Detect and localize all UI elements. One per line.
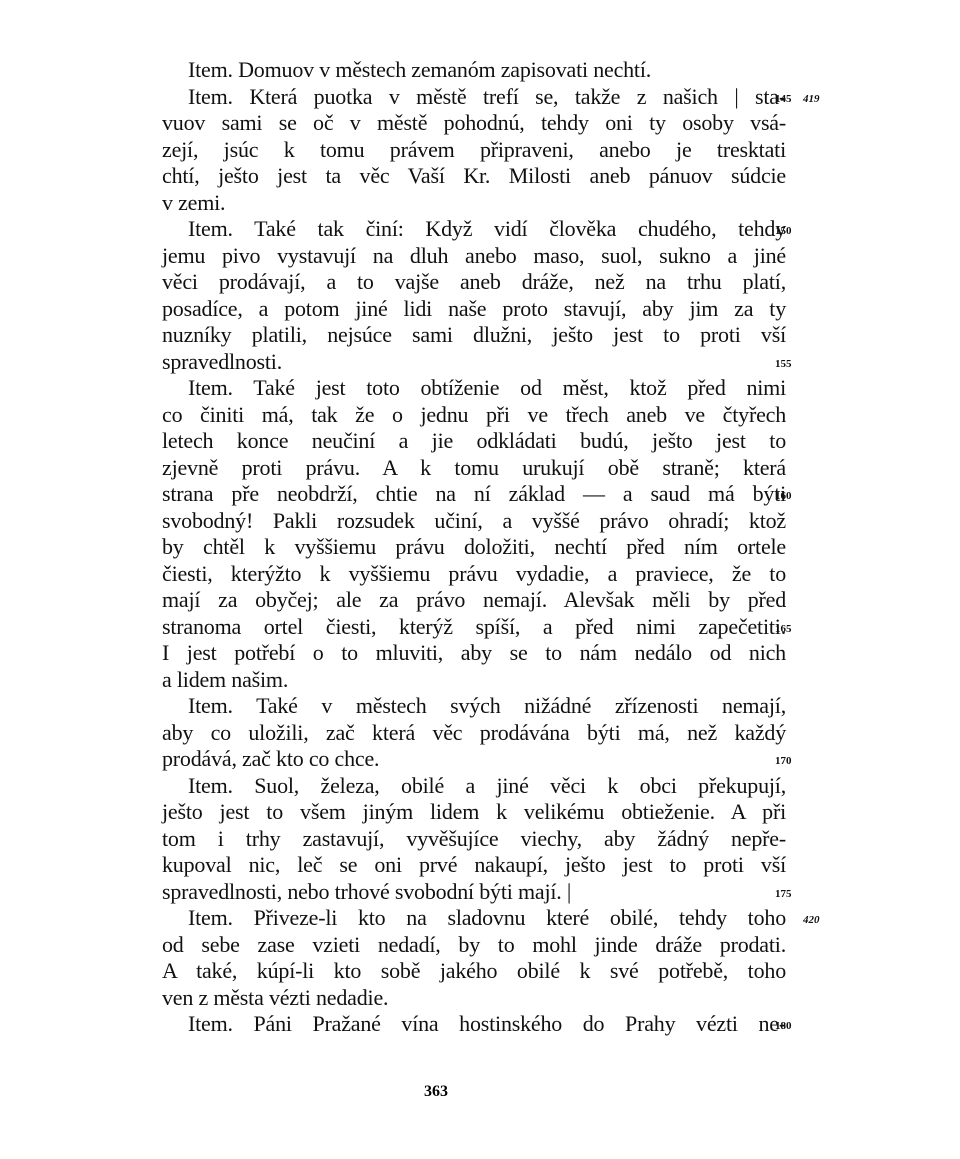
text-line: strana pře neobdrží, chtie na ní základ … — [162, 481, 786, 507]
text-line: Item. Také tak činí: Když vidí člověka c… — [188, 216, 786, 242]
line-number: 155 — [775, 351, 792, 377]
text-line: Item. Domuov v městech zemanóm zapisovat… — [188, 57, 786, 83]
text-line: aby co uložili, zač která věc prodávána … — [162, 720, 786, 746]
line-number: 145 — [775, 86, 792, 112]
text-line: čiesti, kterýžto k vyššiemu právu vydadi… — [162, 561, 786, 587]
line-number: 165 — [775, 616, 792, 642]
text-line: Item. Páni Pražané vína hostinského do P… — [188, 1011, 786, 1037]
line-number: 170 — [775, 748, 792, 774]
text-line: vuov sami se oč v městě pohodnú, tehdy o… — [162, 110, 786, 136]
text-line: stranoma ortel čiesti, kterýž spíší, a p… — [162, 614, 786, 640]
text-line: posadíce, a potom jiné lidi naše proto s… — [162, 296, 786, 322]
text-line: zejí, jsúc k tomu právem připraveni, ane… — [162, 137, 786, 163]
document-page: Item. Domuov v městech zemanóm zapisovat… — [0, 0, 960, 1159]
page-number: 363 — [424, 1083, 448, 1101]
text-line: chtí, ješto jest ta věc Vaší Kr. Milosti… — [162, 163, 786, 189]
text-line: nuzníky platili, nejsúce sami dlužni, je… — [162, 322, 786, 348]
source-page-mark: 420 — [803, 907, 820, 933]
text-line: co činiti má, tak že o jednu při ve třec… — [162, 402, 786, 428]
text-line: Item. Která puotka v městě trefí se, tak… — [188, 84, 786, 110]
text-line: letech konce neučiní a jie odkládati bud… — [162, 428, 786, 454]
text-line: by chtěl k vyššiemu právu doložiti, nech… — [162, 534, 786, 560]
line-number: 180 — [775, 1013, 792, 1039]
text-line: svobodný! Pakli rozsudek učiní, a vyššé … — [162, 508, 786, 534]
text-line: A také, kúpí-li kto sobě jakého obilé k … — [162, 958, 786, 984]
text-line: od sebe zase vzieti nedadí, by to mohl j… — [162, 932, 786, 958]
text-line: spravedlnosti. — [162, 349, 786, 375]
text-line: ven z města vézti nedadie. — [162, 985, 786, 1011]
text-line: I jest potřebí o to mluviti, aby se to n… — [162, 640, 786, 666]
text-line: Item. Také jest toto obtíženie od měst, … — [188, 375, 786, 401]
text-line: věci prodávají, a to vajše aneb dráže, n… — [162, 269, 786, 295]
text-line: tom i trhy zastavují, vyvěšujíce viechy,… — [162, 826, 786, 852]
source-page-mark: 419 — [803, 86, 820, 112]
line-number: 175 — [775, 881, 792, 907]
text-line: Item. Také v městech svých nižádné zříze… — [188, 693, 786, 719]
text-line: spravedlnosti, nebo trhové svobodní býti… — [162, 879, 786, 905]
line-number: 160 — [775, 483, 792, 509]
text-line: v zemi. — [162, 190, 786, 216]
text-line: mají za obyčej; ale za právo nemají. Ale… — [162, 587, 786, 613]
line-number: 150 — [775, 218, 792, 244]
text-line: ješto jest to všem jiným lidem k velikém… — [162, 799, 786, 825]
text-line: prodává, zač kto co chce. — [162, 746, 786, 772]
text-line: Item. Přiveze-li kto na sladovnu které o… — [188, 905, 786, 931]
text-line: Item. Suol, železa, obilé a jiné věci k … — [188, 773, 786, 799]
text-line: a lidem našim. — [162, 667, 786, 693]
text-line: kupoval nic, leč se oni prvé nakaupí, je… — [162, 852, 786, 878]
text-line: zjevně proti právu. A k tomu urukují obě… — [162, 455, 786, 481]
text-line: jemu pivo vystavují na dluh anebo maso, … — [162, 243, 786, 269]
